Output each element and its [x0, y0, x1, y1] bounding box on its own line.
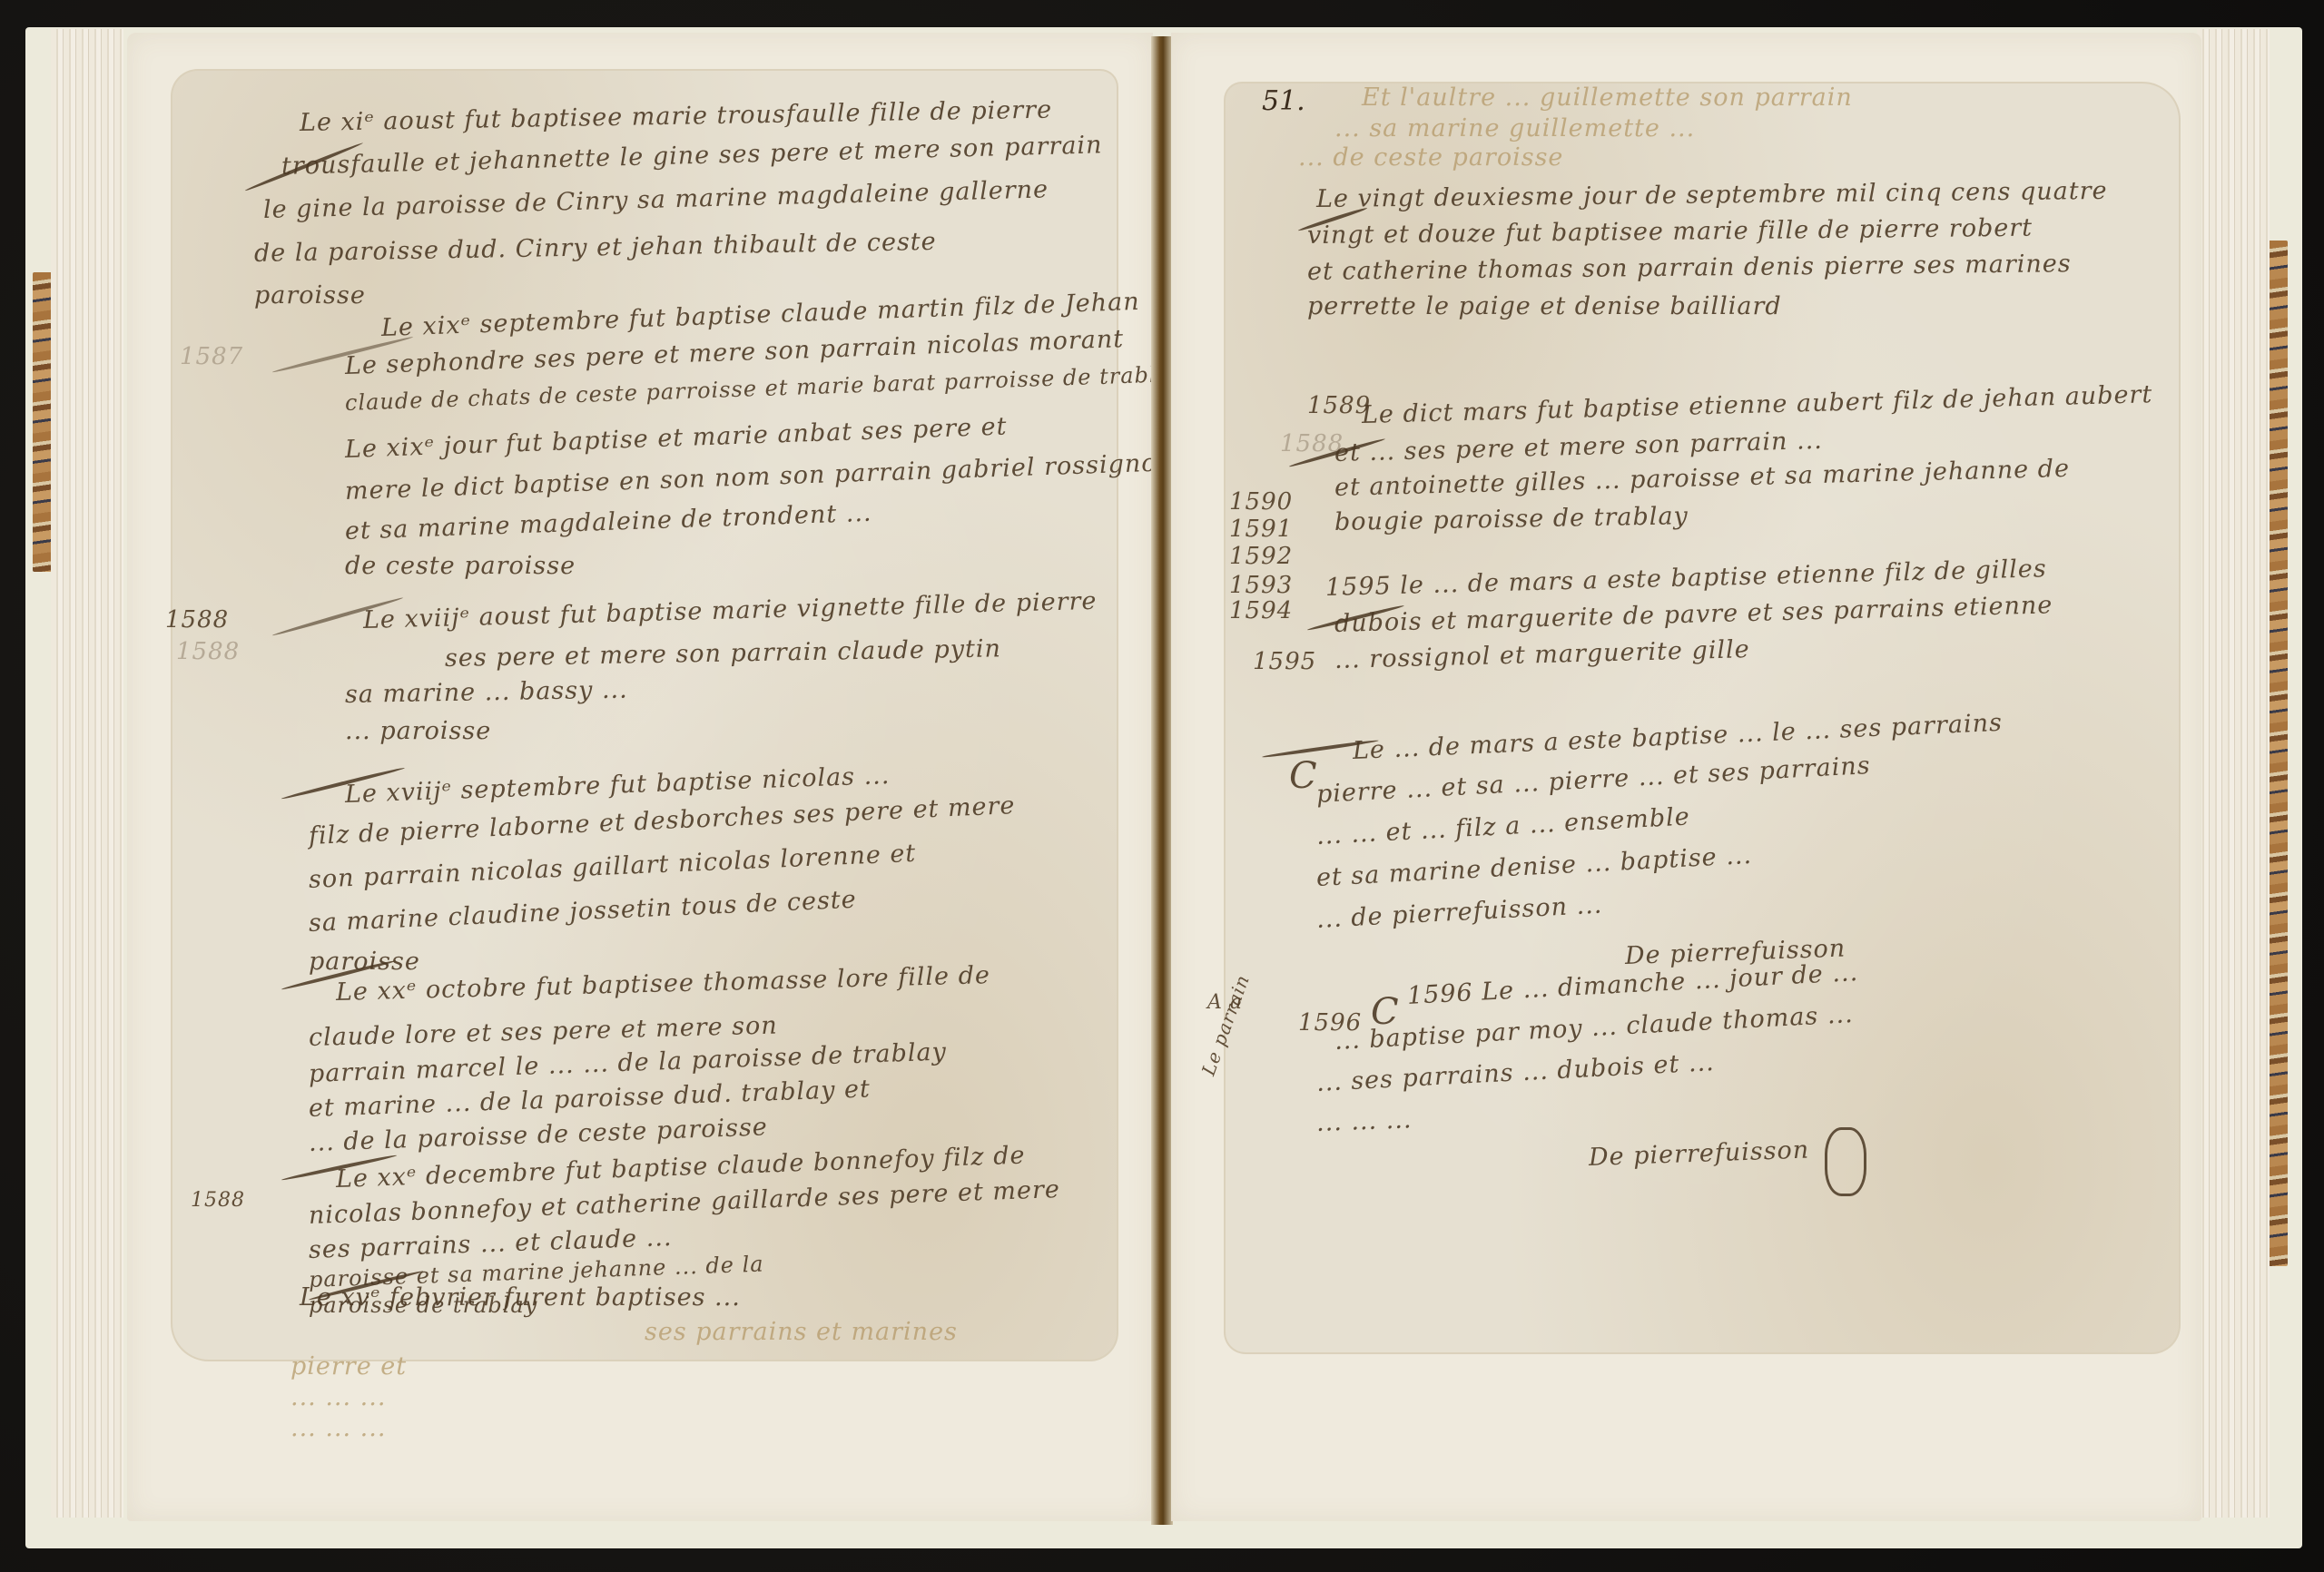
entry-line: ... de pierrefuisson ...	[1315, 891, 1603, 934]
initial-capital: C	[1289, 755, 1318, 797]
entry-line: Le xvᵉ febvrier furent baptises ...	[300, 1283, 741, 1312]
entry-line: bougie paroisse de trablay	[1334, 502, 1689, 536]
entry-line: sa marine ... bassy ...	[345, 676, 628, 709]
entry-line: Le dict mars fut baptise etienne aubert …	[1362, 380, 2153, 429]
entry-line: ... paroisse	[345, 717, 491, 745]
entry-line: sa marine claudine jossetin tous de cest…	[308, 886, 857, 938]
folio-number: 51.	[1262, 85, 1305, 117]
entry-line: ... rossignol et marguerite gille	[1334, 635, 1750, 674]
entry-line: ses parrains et marines	[645, 1318, 958, 1346]
margin-year: 1588	[191, 1189, 245, 1212]
margin-year: 1587	[180, 343, 243, 370]
notary-paraph	[1825, 1127, 1866, 1196]
entry-line: paroisse	[309, 948, 420, 976]
entry-line: vingt et douze fut baptisee marie fille …	[1307, 214, 2033, 250]
entry-line: ses pere et mere son parrain claude pyti…	[445, 634, 1001, 673]
entry-line: pierre et	[290, 1352, 407, 1380]
entry-line: son parrain nicolas gaillart nicolas lor…	[308, 840, 917, 894]
margin-year: 1594	[1229, 597, 1293, 624]
margin-year: 1592	[1229, 543, 1293, 570]
page-stack-right	[2197, 29, 2270, 1518]
margin-year: 1593	[1229, 572, 1293, 599]
entry-line: et ... ses pere et mere son parrain ...	[1334, 427, 1824, 467]
margin-year: 1588	[165, 606, 229, 634]
signature: De pierrefuisson	[1588, 1136, 1809, 1172]
left-manuscript-leaf: 1587 1588 1588 1588 Le xiᵉ aoust fut bap…	[172, 71, 1117, 1360]
entry-line: ... ... ...	[290, 1414, 386, 1442]
right-manuscript-leaf: 51. Et l'aultre ... guillemette son parr…	[1226, 84, 2179, 1352]
margin-year: 1588	[176, 638, 240, 665]
margin-year: 1595	[1253, 648, 1316, 675]
book-gutter	[1151, 36, 1173, 1525]
entry-line: perrette le paige et denise bailliard	[1307, 292, 1782, 320]
entry-line: et catherine thomas son parrain denis pi…	[1307, 250, 2072, 286]
entry-line: le gine la paroisse de Cinry sa marine m…	[263, 175, 1049, 224]
entry-line: de ceste paroisse	[345, 552, 576, 580]
entry-line: paroisse	[254, 281, 366, 309]
entry-line: ... ses parrains ... dubois et ...	[1315, 1048, 1715, 1097]
left-leaf-bottom-entries: Le xvᵉ febvrier furent baptises ... ses …	[172, 1271, 1117, 1452]
open-book: 1587 1588 1588 1588 Le xiᵉ aoust fut bap…	[0, 0, 2324, 1572]
entry-line: Le vingt deuxiesme jour de septembre mil…	[1316, 177, 2108, 213]
entry-line: de la paroisse dud. Cinry et jehan thiba…	[254, 228, 937, 268]
margin-year: 1591	[1229, 516, 1293, 543]
entry-line: ... sa marine guillemette ...	[1334, 114, 1695, 142]
entry-line: Et l'aultre ... guillemette son parrain	[1362, 84, 1853, 112]
entry-line: et sa marine denise ... baptise ...	[1315, 841, 1752, 892]
entry-line: Le xixᵉ jour fut baptise et marie anbat …	[344, 413, 1007, 464]
entry-line: Le xiᵉ aoust fut baptisee marie trousfau…	[300, 96, 1053, 137]
entry-line: Le xviijᵉ aoust fut baptise marie vignet…	[363, 587, 1098, 634]
entry-line: ... de ceste paroisse	[1298, 143, 1563, 172]
page-stack-left	[51, 29, 123, 1518]
entry-line: Le ... de mars a este baptise ... le ...…	[1352, 709, 2003, 765]
entry-line: trousfaulle et jehannette le gine ses pe…	[281, 131, 1103, 181]
entry-line: ... ... ...	[290, 1383, 386, 1411]
margin-year: 1590	[1229, 488, 1293, 516]
entry-line: ... ... et ... filz a ... ensemble	[1315, 802, 1690, 850]
entry-line: ... ... ...	[1315, 1105, 1412, 1137]
entry-line: et sa marine magdaleine de trondent ...	[344, 499, 872, 545]
entry-line: Le xxᵉ octobre fut baptisee thomasse lor…	[336, 961, 991, 1007]
